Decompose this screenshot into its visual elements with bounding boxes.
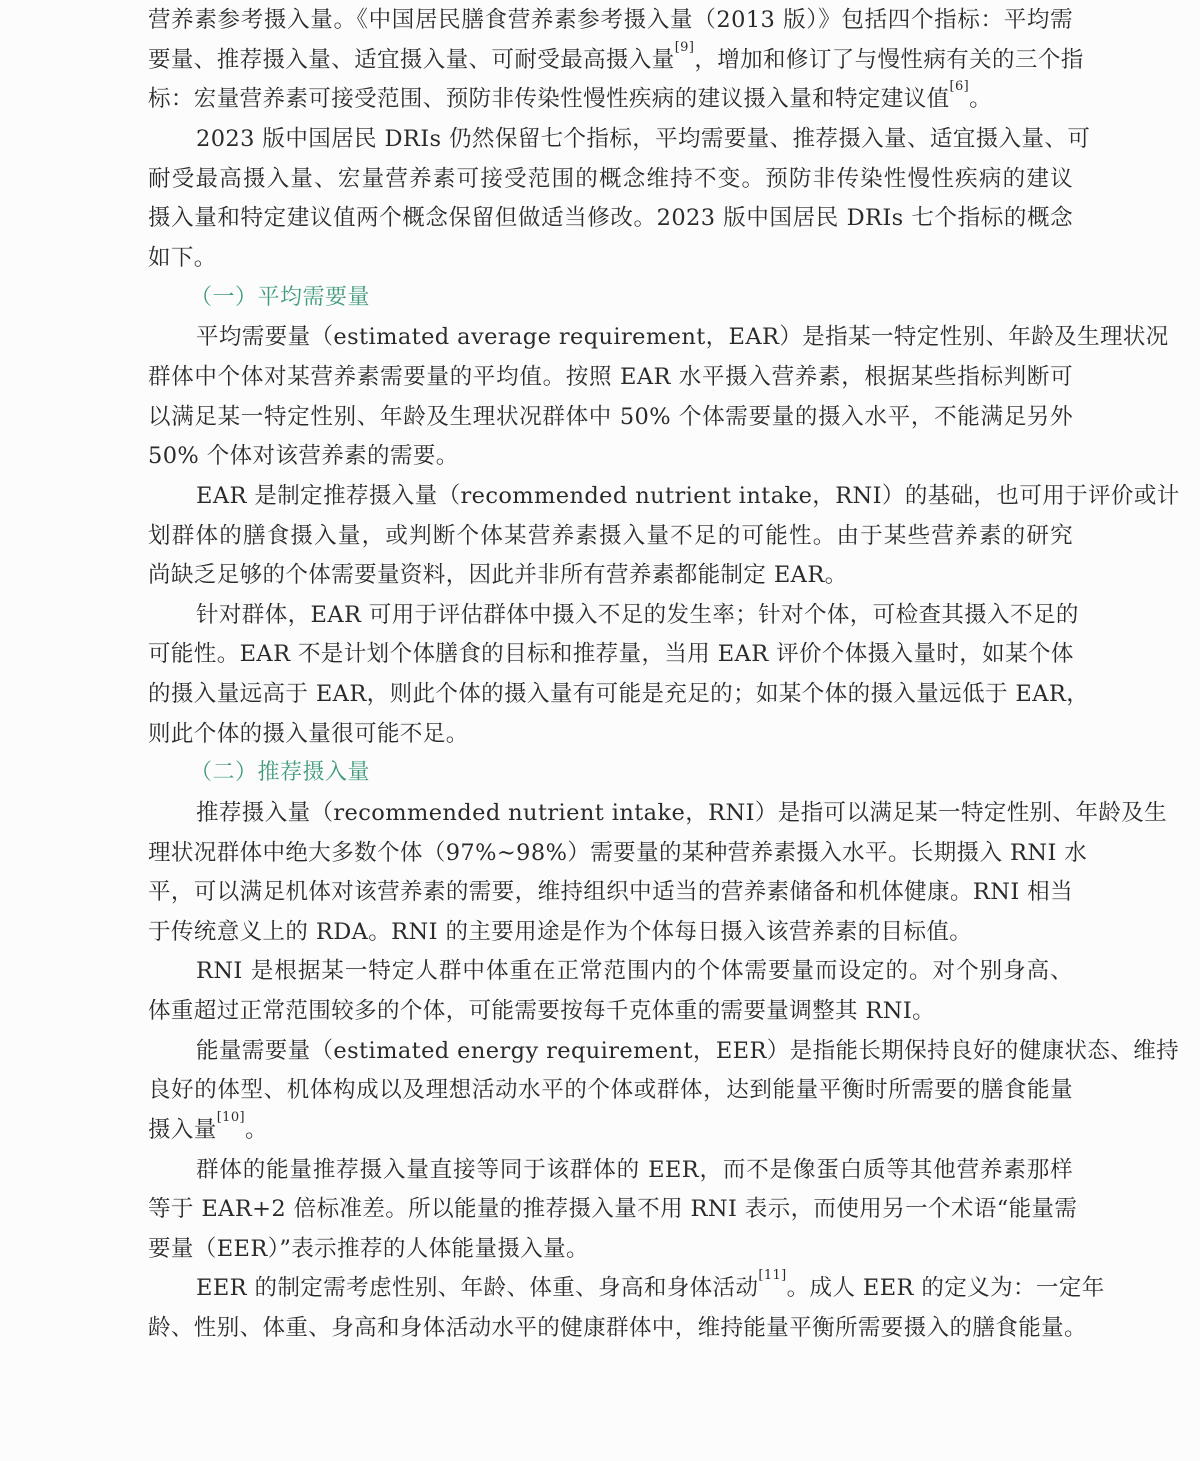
line-text-continued: ，增加和修订了与慢性病有关的三个指 [694, 47, 1083, 73]
paragraph-line: 50% 个体对该营养素的需要。 [148, 436, 1073, 476]
line-text: 平，可以满足机体对该营养素的需要，维持组织中适当的营养素储备和机体健康。RNI … [148, 879, 1073, 905]
line-text-continued: 。 [969, 86, 992, 112]
line-text: 以满足某一特定性别、年龄及生理状况群体中 50% 个体需要量的摄入水平，不能满足… [148, 404, 1073, 430]
line-text: 的摄入量远高于 EAR，则此个体的摄入量有可能是充足的；如某个体的摄入量远低于 … [148, 681, 1089, 707]
line-text: 标：宏量营养素可接受范围、预防非传染性慢性疾病的建议摄入量和特定建议值 [148, 86, 950, 112]
line-text: 摄入量 [148, 1117, 217, 1143]
line-text: 2023 版中国居民 DRIs 仍然保留七个指标，平均需要量、推荐摄入量、适宜摄… [196, 126, 1090, 152]
paragraph-line: 摄入量和特定建议值两个概念保留但做适当修改。2023 版中国居民 DRIs 七个… [148, 198, 1073, 238]
paragraph-line: 耐受最高摄入量、宏量营养素可接受范围的概念维持不变。预防非传染性慢性疾病的建议 [148, 159, 1073, 199]
line-text: RNI 是根据某一特定人群中体重在正常范围内的个体需要量而设定的。对个别身高、 [196, 958, 1073, 984]
paragraph-line: 的摄入量远高于 EAR，则此个体的摄入量有可能是充足的；如某个体的摄入量远低于 … [148, 674, 1073, 714]
paragraph-first-line: 2023 版中国居民 DRIs 仍然保留七个指标，平均需要量、推荐摄入量、适宜摄… [196, 119, 1073, 159]
line-text: 龄、性别、体重、身高和身体活动水平的健康群体中，维持能量平衡所需要摄入的膳食能量… [148, 1315, 1087, 1341]
paragraph-line: 要量（EER）”表示推荐的人体能量摄入量。 [148, 1229, 1073, 1269]
paragraph-first-line: 针对群体，EAR 可用于评估群体中摄入不足的发生率；针对个体，可检查其摄入不足的 [196, 595, 1073, 635]
line-text: 等于 EAR+2 倍标准差。所以能量的推荐摄入量不用 RNI 表示，而使用另一个… [148, 1196, 1077, 1222]
citation-reference: [10] [217, 1110, 245, 1125]
section-heading: （二）推荐摄入量 [190, 753, 370, 793]
paragraph-first-line: 群体的能量推荐摄入量直接等同于该群体的 EER，而不是像蛋白质等其他营养素那样 [196, 1150, 1073, 1190]
citation-reference: [11] [758, 1268, 786, 1283]
line-text: 尚缺乏足够的个体需要量资料，因此并非所有营养素都能制定 EAR。 [148, 562, 848, 588]
line-text-continued: 。 [245, 1117, 268, 1143]
section-heading: （一）平均需要量 [190, 278, 370, 318]
line-text: 则此个体的摄入量很可能不足。 [148, 721, 469, 747]
line-text: 要量（EER）”表示推荐的人体能量摄入量。 [148, 1236, 589, 1262]
paragraph-line: 以满足某一特定性别、年龄及生理状况群体中 50% 个体需要量的摄入水平，不能满足… [148, 397, 1073, 437]
paragraph-line: 尚缺乏足够的个体需要量资料，因此并非所有营养素都能制定 EAR。 [148, 555, 1073, 595]
paragraph-first-line: 能量需要量（estimated energy requirement，EER）是… [196, 1031, 1073, 1071]
line-text: 平均需要量（estimated average requirement，EAR）… [196, 324, 1169, 350]
line-text: 50% 个体对该营养素的需要。 [148, 443, 459, 469]
citation-reference: [6] [950, 79, 970, 94]
paragraph-first-line: 平均需要量（estimated average requirement，EAR）… [196, 317, 1073, 357]
paragraph-line: 平，可以满足机体对该营养素的需要，维持组织中适当的营养素储备和机体健康。RNI … [148, 872, 1073, 912]
paragraph-line: 于传统意义上的 RDA。RNI 的主要用途是作为个体每日摄入该营养素的目标值。 [148, 912, 1073, 952]
paragraph-line: 要量、推荐摄入量、适宜摄入量、可耐受最高摄入量[9]，增加和修订了与慢性病有关的… [148, 40, 1073, 80]
line-text: 推荐摄入量（recommended nutrient intake，RNI）是指… [196, 800, 1167, 826]
line-text: 群体的能量推荐摄入量直接等同于该群体的 EER，而不是像蛋白质等其他营养素那样 [196, 1157, 1073, 1183]
line-text: 耐受最高摄入量、宏量营养素可接受范围的概念维持不变。预防非传染性慢性疾病的建议 [148, 166, 1073, 192]
paragraph-line: 良好的体型、机体构成以及理想活动水平的个体或群体，达到能量平衡时所需要的膳食能量 [148, 1070, 1073, 1110]
paragraph-first-line: RNI 是根据某一特定人群中体重在正常范围内的个体需要量而设定的。对个别身高、 [196, 951, 1073, 991]
paragraph-line: 划群体的膳食摄入量，或判断个体某营养素摄入量不足的可能性。由于某些营养素的研究 [148, 516, 1073, 556]
line-text: （二）推荐摄入量 [190, 760, 370, 785]
paragraph-line: 标：宏量营养素可接受范围、预防非传染性慢性疾病的建议摄入量和特定建议值[6]。 [148, 79, 1073, 119]
paragraph-line: 则此个体的摄入量很可能不足。 [148, 714, 1073, 754]
line-text: EER 的制定需考虑性别、年龄、体重、身高和身体活动 [196, 1275, 758, 1301]
line-text: 如下。 [148, 245, 217, 271]
paragraph-line: 营养素参考摄入量。《中国居民膳食营养素参考摄入量（2013 版）》包括四个指标：… [148, 0, 1073, 40]
line-text: 针对群体，EAR 可用于评估群体中摄入不足的发生率；针对个体，可检查其摄入不足的 [196, 602, 1079, 628]
line-text: 能量需要量（estimated energy requirement，EER）是… [196, 1038, 1179, 1064]
line-text: 摄入量和特定建议值两个概念保留但做适当修改。2023 版中国居民 DRIs 七个… [148, 205, 1073, 231]
paragraph-line: 群体中个体对某营养素需要量的平均值。按照 EAR 水平摄入营养素，根据某些指标判… [148, 357, 1073, 397]
line-text: 要量、推荐摄入量、适宜摄入量、可耐受最高摄入量 [148, 47, 675, 73]
line-text: 良好的体型、机体构成以及理想活动水平的个体或群体，达到能量平衡时所需要的膳食能量 [148, 1077, 1073, 1103]
line-text: 营养素参考摄入量。《中国居民膳食营养素参考摄入量（2013 版）》包括四个指标：… [148, 7, 1073, 33]
line-text: 体重超过正常范围较多的个体，可能需要按每千克体重的需要量调整其 RNI。 [148, 998, 935, 1024]
line-text: 理状况群体中绝大多数个体（97%~98%）需要量的某种营养素摄入水平。长期摄入 … [148, 840, 1087, 866]
line-text: 于传统意义上的 RDA。RNI 的主要用途是作为个体每日摄入该营养素的目标值。 [148, 919, 972, 945]
paragraph-line: 摄入量[10]。 [148, 1110, 1073, 1150]
line-text-continued: 。成人 EER 的定义为：一定年 [787, 1275, 1105, 1301]
line-text: 可能性。EAR 不是计划个体膳食的目标和推荐量，当用 EAR 评价个体摄入量时，… [148, 641, 1074, 667]
citation-reference: [9] [675, 40, 695, 55]
line-text: （一）平均需要量 [190, 285, 370, 310]
line-text: 划群体的膳食摄入量，或判断个体某营养素摄入量不足的可能性。由于某些营养素的研究 [148, 523, 1073, 549]
paragraph-line: 体重超过正常范围较多的个体，可能需要按每千克体重的需要量调整其 RNI。 [148, 991, 1073, 1031]
paragraph-line: 龄、性别、体重、身高和身体活动水平的健康群体中，维持能量平衡所需要摄入的膳食能量… [148, 1308, 1073, 1348]
line-text: EAR 是制定推荐摄入量（recommended nutrient intake… [196, 483, 1180, 509]
paragraph-line: 可能性。EAR 不是计划个体膳食的目标和推荐量，当用 EAR 评价个体摄入量时，… [148, 634, 1073, 674]
paragraph-line: 理状况群体中绝大多数个体（97%~98%）需要量的某种营养素摄入水平。长期摄入 … [148, 833, 1073, 873]
paragraph-line: 等于 EAR+2 倍标准差。所以能量的推荐摄入量不用 RNI 表示，而使用另一个… [148, 1189, 1073, 1229]
paragraph-first-line: EAR 是制定推荐摄入量（recommended nutrient intake… [196, 476, 1073, 516]
paragraph-line: 如下。 [148, 238, 1073, 278]
paragraph-first-line: 推荐摄入量（recommended nutrient intake，RNI）是指… [196, 793, 1073, 833]
paragraph-first-line: EER 的制定需考虑性别、年龄、体重、身高和身体活动[11]。成人 EER 的定… [196, 1268, 1073, 1308]
line-text: 群体中个体对某营养素需要量的平均值。按照 EAR 水平摄入营养素，根据某些指标判… [148, 364, 1073, 390]
